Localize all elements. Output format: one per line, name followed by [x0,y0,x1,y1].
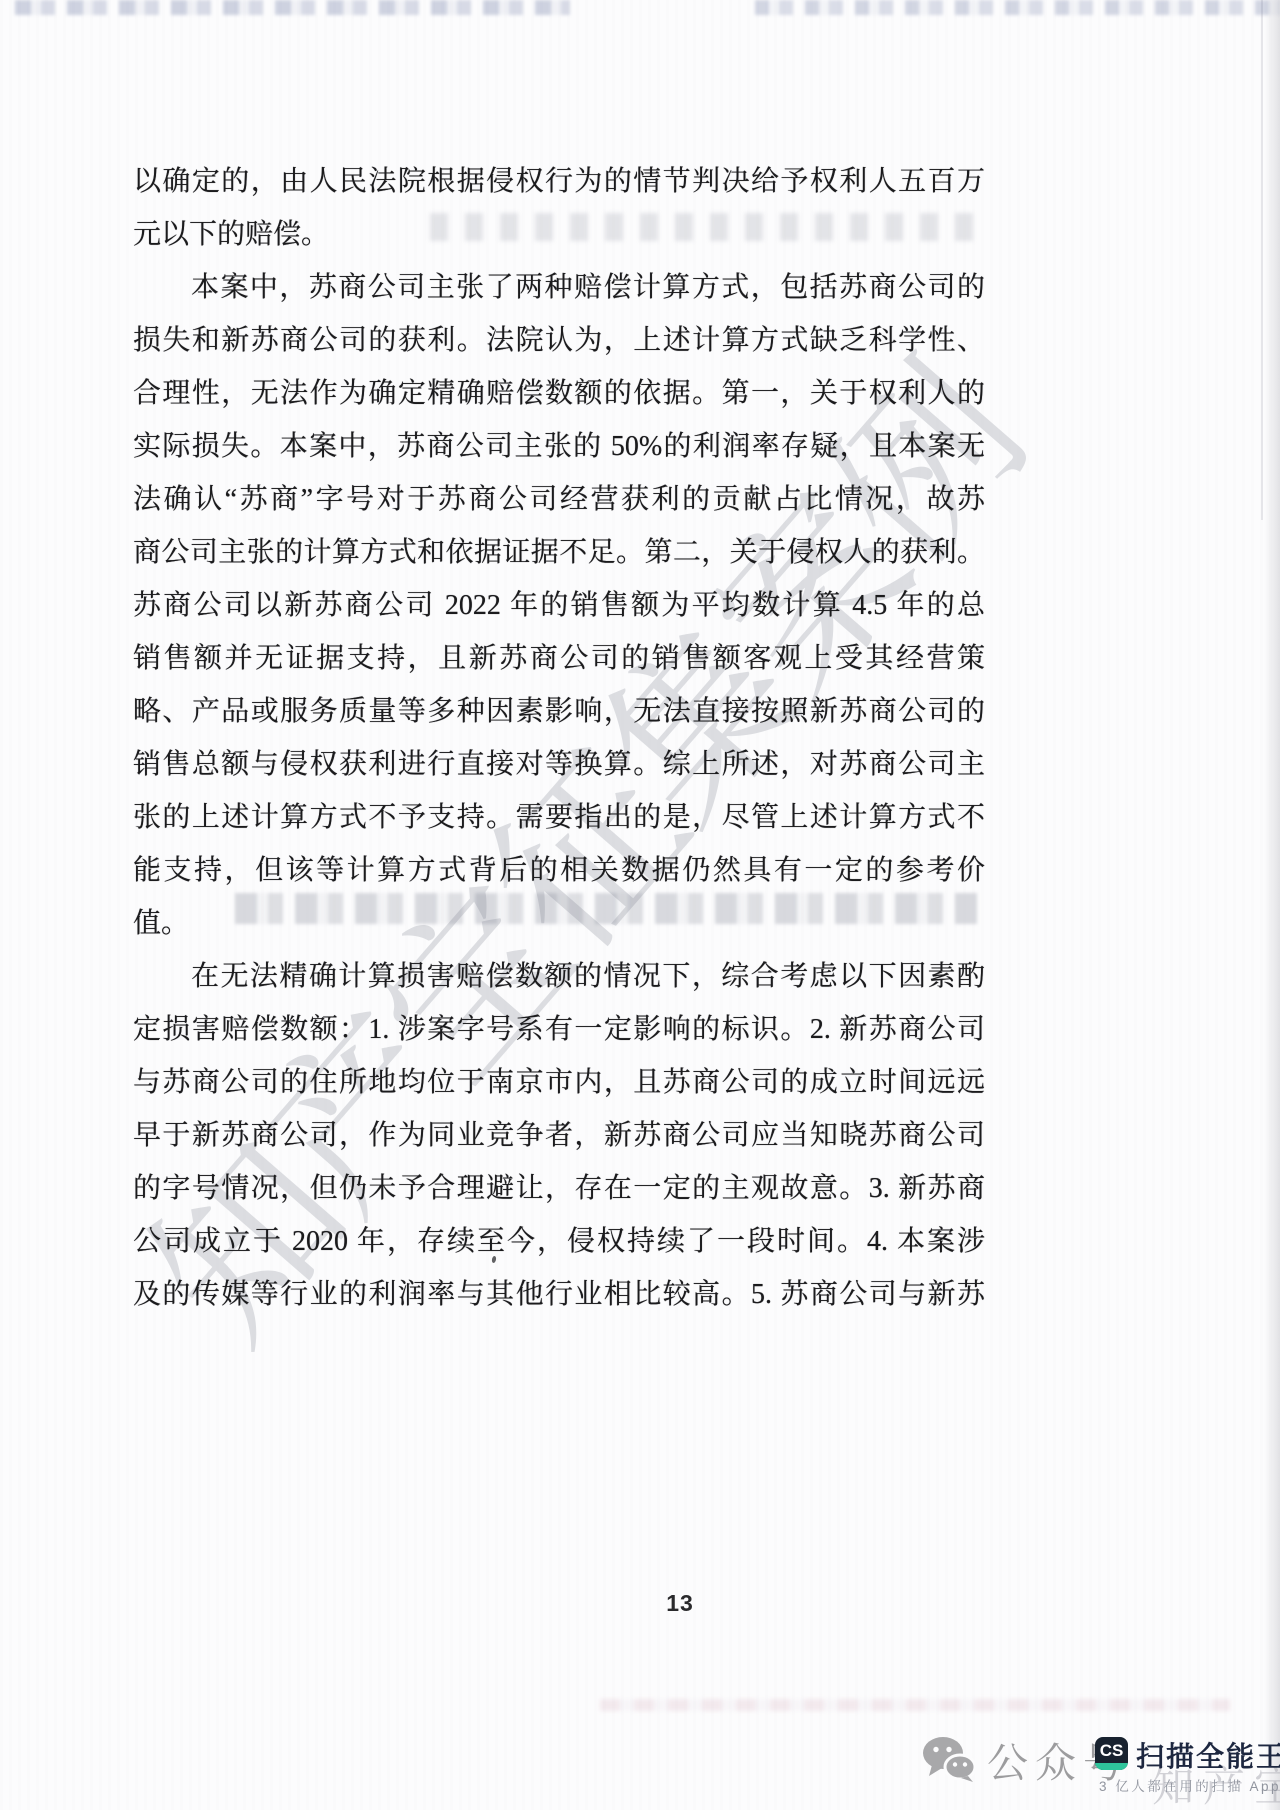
footer-watermarks: 公众号 知产宝 CS 扫描全能王™ 3 亿人都在用的扫描 App [915,1728,1270,1800]
text-line: 实际损失。本案中，苏商公司主张的 50%的利润率存疑，且本案无 [133,420,985,473]
bleed-through-top-left [15,0,570,15]
text-line: 苏商公司以新苏商公司 2022 年的销售额为平均数计算 4.5 年的总 [133,579,985,632]
scan-edge-line [1261,0,1263,520]
camscanner-name-text: 扫描全能王 [1136,1741,1280,1772]
text-line: 略、产品或服务质量等多种因素影响，无法直接按照新苏商公司的 [133,685,985,738]
wechat-icon [922,1736,976,1782]
text-line: 公司成立于 2020 年，存续至今，侵权持续了一段时间。4. 本案涉 [133,1215,985,1268]
body-text: 以确定的，由人民法院根据侵权行为的情节判决给予权利人五百万 元以下的赔偿。 本案… [133,155,985,1321]
page-edge-shadow [1264,0,1280,1810]
text-line: 本案中，苏商公司主张了两种赔偿计算方式，包括苏商公司的 [133,261,985,314]
text-line: 法确认“苏商”字号对于苏商公司经营获利的贡献占比情况，故苏 [133,473,985,526]
text-line: 元以下的赔偿。 [133,208,985,261]
text-line: 定损害赔偿数额：1. 涉案字号系有一定影响的标识。2. 新苏商公司 [133,1003,985,1056]
camscanner-tagline: 3 亿人都在用的扫描 App [1099,1775,1280,1795]
text-line: 能支持，但该等计算方式背后的相关数据仍然具有一定的参考价 [133,844,985,897]
text-line: 销售额并无证据支持，且新苏商公司的销售额客观上受其经营策 [133,632,985,685]
text-line: 商公司主张的计算方式和依据证据不足。第二，关于侵权人的获利。 [133,526,985,579]
text-line: 以确定的，由人民法院根据侵权行为的情节判决给予权利人五百万 [133,155,985,208]
text-line: 损失和新苏商公司的获利。法院认为，上述计算方式缺乏科学性、 [133,314,985,367]
text-line: 早于新苏商公司，作为同业竞争者，新苏商公司应当知晓苏商公司 [133,1109,985,1162]
camscanner-name: 扫描全能王™ [1136,1735,1280,1775]
scanned-page: 知产宝征集案例 以确定的，由人民法院根据侵权行为的情节判决给予权利人五百万 元以… [0,0,1280,1810]
text-line: 的字号情况，但仍未予合理避让，存在一定的主观故意。3. 新苏商 [133,1162,985,1215]
text-line: 合理性，无法作为确定精确赔偿数额的依据。第一，关于权利人的 [133,367,985,420]
camscanner-logo-icon: CS [1095,1737,1128,1770]
text-line: 与苏商公司的住所地均位于南京市内，且苏商公司的成立时间远远 [133,1056,985,1109]
text-line: 张的上述计算方式不予支持。需要指出的是，尽管上述计算方式不 [133,791,985,844]
text-line: 在无法精确计算损害赔偿数额的情况下，综合考虑以下因素酌 [133,950,985,1003]
bleed-through-footer [600,1699,1230,1711]
text-line: 销售总额与侵权获利进行直接对等换算。综上所述，对苏商公司主 [133,738,985,791]
text-line: 值。 [133,897,985,950]
text-line: 及的传媒等行业的利润率与其他行业相比较高。5. 苏商公司与新苏 [133,1268,985,1321]
bleed-through-top-right [755,0,1280,15]
page-number: 13 [640,1590,720,1617]
